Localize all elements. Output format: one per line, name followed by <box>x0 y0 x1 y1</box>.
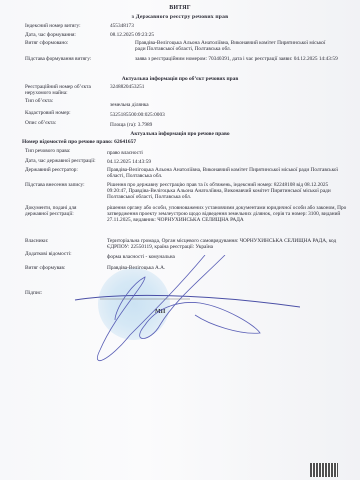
field-label: Документи, подані для державної реєстрац… <box>25 205 95 217</box>
field-label: Дата, час державної реєстрації: <box>25 158 115 164</box>
field-value: рішення органу або особи, уповноважених … <box>107 205 347 224</box>
field-value: Правдіва-Велігоцька Альона Анатоліївна, … <box>135 40 335 52</box>
field-value: 5325185500:00:025:0003 <box>110 112 340 118</box>
field-value: право власності <box>107 150 337 156</box>
document-subtitle: з Державного реєстру речових прав <box>0 14 360 20</box>
field-value: Площа (га): 3.7989 <box>110 122 340 128</box>
field-value: 08.12.2025 09:23:25 <box>110 32 340 38</box>
field-value: 3248820453251 <box>110 84 340 90</box>
field-label: Кадастровий номер: <box>25 110 105 116</box>
qr-code-icon <box>310 463 338 477</box>
field-value: Правдіва-Велігоцька Альона Анатоліївна, … <box>107 167 342 179</box>
field-label: Тип об’єкта: <box>25 98 105 104</box>
right-record-number: Номер відомостей про речове право: 62641… <box>22 139 136 145</box>
signature-icon <box>60 255 300 375</box>
field-value: Територіальна громада, Орган місцевого с… <box>107 238 337 250</box>
document-title: ВИТЯГ <box>0 5 360 11</box>
right-section-heading: Актуальна інформація про речове право <box>0 131 360 137</box>
field-value: 455348173 <box>110 23 340 29</box>
field-value: заява з реєстраційним номером: 70340391,… <box>135 56 345 62</box>
field-label: Індексний номер витягу: <box>25 23 105 29</box>
field-value: 04.12.2025 14:43:59 <box>107 159 337 165</box>
field-label: Витяг сформовано: <box>25 40 105 46</box>
field-label: Реєстраційний номер об’єкта нерухомого м… <box>25 84 105 96</box>
field-label: Підстава внесення запису: <box>25 182 105 188</box>
field-label: Державний реєстратор: <box>25 167 105 173</box>
field-label: Опис об’єкта: <box>25 120 105 126</box>
field-label: Дата, час формування: <box>25 32 105 38</box>
object-section-heading: Актуальна інформація про об’єкт речових … <box>0 76 360 82</box>
field-value: земельна ділянка <box>110 102 340 108</box>
field-value: Рішення про державну реєстрацію прав та … <box>107 182 347 201</box>
field-label: Власники: <box>25 238 105 244</box>
field-label: Підстава формування витягу: <box>25 56 115 62</box>
field-label: Тип речового права: <box>25 148 105 154</box>
document-page: ВИТЯГ з Державного реєстру речових прав … <box>0 0 360 480</box>
